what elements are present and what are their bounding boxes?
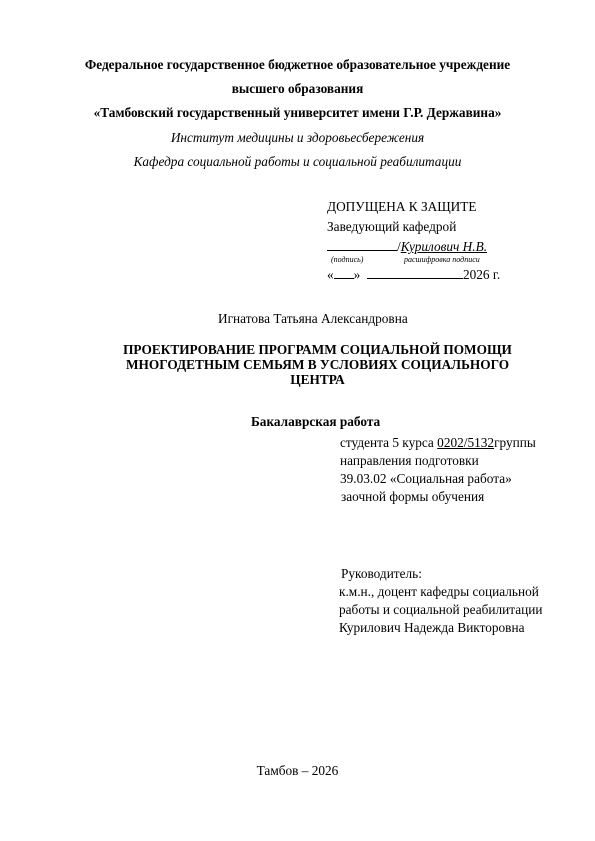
month-blank: [367, 266, 463, 279]
signature-blank: [327, 238, 397, 251]
study-direction-code: 39.03.02 «Социальная работа»: [340, 471, 512, 487]
student-course-line: студента 5 курса 0202/5132группы: [340, 435, 536, 451]
signature-caption: (подпись): [331, 255, 363, 264]
supervisor-title-line-2: работы и социальной реабилитации: [339, 602, 542, 618]
decoding-caption: расшифровка подписи: [404, 255, 480, 264]
group-number: 0202/5132: [437, 435, 494, 450]
organization-line-2: высшего образования: [0, 81, 595, 97]
approval-signature-line: /Курилович Н.В.: [327, 238, 487, 255]
organization-line-1: Федеральное государственное бюджетное об…: [0, 57, 595, 73]
thesis-title-line-1: ПРОЕКТИРОВАНИЕ ПРОГРАММ СОЦИАЛЬНОЙ ПОМОЩ…: [80, 342, 555, 357]
author-name: Игнатова Татьяна Александровна: [218, 311, 408, 327]
quote-close: »: [354, 267, 361, 282]
approval-date-line: «» 2026 г.: [327, 266, 500, 283]
approval-year: 2026 г.: [463, 267, 500, 282]
approval-title: ДОПУЩЕНА К ЗАЩИТЕ: [327, 199, 476, 215]
thesis-title: ПРОЕКТИРОВАНИЕ ПРОГРАММ СОЦИАЛЬНОЙ ПОМОЩ…: [80, 342, 555, 387]
approval-position: Заведующий кафедрой: [327, 219, 456, 235]
department-name: Кафедра социальной работы и социальной р…: [0, 154, 595, 170]
signer-name: Курилович Н.В.: [401, 239, 487, 254]
supervisor-name: Курилович Надежда Викторовна: [339, 620, 524, 636]
day-blank: [334, 266, 354, 279]
thesis-title-line-2: МНОГОДЕТНЫМ СЕМЬЯМ В УСЛОВИЯХ СОЦИАЛЬНОГ…: [80, 357, 555, 372]
institute-name: Институт медицины и здоровьесбережения: [0, 130, 595, 146]
supervisor-title-line-1: к.м.н., доцент кафедры социальной: [339, 584, 539, 600]
thesis-title-line-3: ЦЕНТРА: [80, 372, 555, 387]
study-direction-label: направления подготовки: [340, 453, 479, 469]
group-suffix: группы: [494, 435, 536, 450]
student-prefix: студента 5 курса: [340, 435, 437, 450]
university-name: «Тамбовский государственный университет …: [0, 105, 595, 121]
city-year: Тамбов – 2026: [0, 763, 595, 779]
quote-open: «: [327, 267, 334, 282]
work-type: Бакалаврская работа: [251, 414, 380, 430]
study-form: заочной формы обучения: [341, 489, 484, 505]
supervisor-label: Руководитель:: [341, 566, 422, 582]
